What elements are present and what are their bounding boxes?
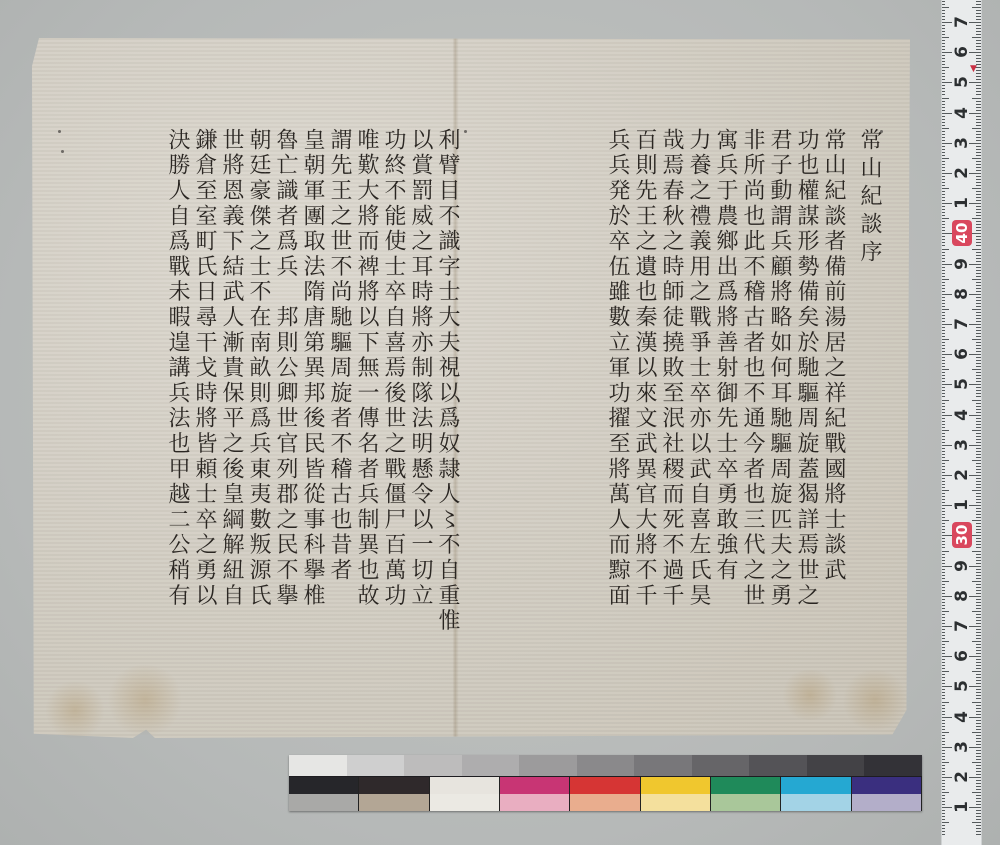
ruler-tick (976, 387, 981, 388)
ruler-tick (942, 400, 949, 401)
ruler-tick (942, 614, 945, 615)
ruler-tick (942, 753, 945, 754)
ruler-tick (976, 245, 981, 246)
ruler-tick (976, 315, 981, 316)
ruler-tick (942, 215, 945, 216)
ruler-tick (942, 372, 945, 373)
ruler-tick (942, 179, 945, 180)
ruler-tick (942, 807, 952, 808)
ruler-label: 3 (952, 130, 972, 156)
ruler-tick (976, 593, 981, 594)
ruler-tick (942, 31, 945, 32)
ruler-tick (942, 200, 945, 201)
ruler-label: 7 (952, 311, 972, 337)
ruler-tick (942, 629, 945, 630)
ruler-tick (976, 396, 981, 397)
ruler-tick (976, 617, 981, 618)
text-column: 百則先王之遺也秦漢以來文武異官大將不千 (628, 128, 655, 609)
ruler-tick (942, 116, 945, 117)
ruler-tick (976, 131, 981, 132)
ruler-tick (942, 689, 945, 690)
ruler-tick (942, 342, 945, 343)
ruler-tick (976, 107, 981, 108)
gray-patch (807, 755, 865, 776)
ruler-tick (942, 418, 945, 419)
ruler-tick (942, 318, 945, 319)
ruler-tick (976, 511, 981, 512)
ruler-tick (942, 176, 945, 177)
ruler-tick (976, 741, 981, 742)
ruler-tick (976, 635, 981, 636)
ruler-tick (942, 771, 945, 772)
ruler-tick (942, 596, 952, 597)
ruler-tick (976, 572, 981, 573)
ruler-tick (942, 128, 949, 129)
ruler-tick (942, 390, 945, 391)
ruler-tick (942, 245, 945, 246)
ruler-tick (942, 563, 945, 564)
ruler-label: 5 (952, 371, 972, 397)
ruler-tick (976, 653, 981, 654)
ruler-tick (972, 128, 981, 129)
ruler-tick (942, 70, 945, 71)
ruler-tick (942, 608, 945, 609)
ruler-tick (942, 723, 945, 724)
ruler-tick (976, 834, 981, 835)
ruler-tick (976, 276, 981, 277)
ruler-tick (976, 43, 981, 44)
ruler-tick (942, 705, 945, 706)
ruler-tick (942, 224, 945, 225)
text-column: 利臂目不識字士大夫視以爲奴隷人〻不自重惟 (431, 128, 458, 634)
ruler-tick (972, 98, 981, 99)
ruler-tick (976, 357, 981, 358)
ruler-tick (942, 671, 949, 672)
ruler-tick (976, 623, 981, 624)
ruler-tick (976, 85, 981, 86)
ruler-label: 2 (952, 462, 972, 488)
text-column: 魯亡識者爲兵 邦則公卿世官列郡之民不擧 (269, 128, 296, 634)
ruler-tick (972, 249, 981, 250)
ruler-tick (942, 134, 945, 135)
ruler-tick (942, 644, 945, 645)
ruler-tick (942, 58, 945, 59)
ruler-tick (976, 560, 981, 561)
ruler-tick (942, 472, 945, 473)
ruler-tick (976, 478, 981, 479)
ruler-tick (942, 774, 945, 775)
ruler-tick (976, 288, 981, 289)
ruler-tick (942, 487, 945, 488)
ruler-tick (942, 738, 945, 739)
ruler-tick (942, 336, 945, 337)
ruler-tick (976, 813, 981, 814)
ruler-tick (976, 125, 981, 126)
color-patch (570, 794, 640, 811)
ruler-tick (942, 786, 945, 787)
ruler-tick (942, 499, 945, 500)
ruler-tick (976, 351, 981, 352)
ruler-tick (942, 759, 945, 760)
ruler-tick (976, 614, 981, 615)
ruler-tick (976, 705, 981, 706)
ruler-tick (972, 188, 981, 189)
ruler-tick (972, 218, 981, 219)
ruler-tick (976, 605, 981, 606)
ruler-tick (942, 638, 945, 639)
color-patch (852, 794, 922, 811)
ruler-tick (942, 433, 945, 434)
ruler-tick (942, 508, 945, 509)
ruler-tick (942, 668, 945, 669)
ruler-tick (976, 472, 981, 473)
ruler-tick (942, 339, 949, 340)
ruler-tick (976, 795, 981, 796)
ruler-tick (976, 61, 981, 62)
ruler-tick (976, 381, 981, 382)
ruler-marker-icon: ▼ (970, 64, 977, 74)
ruler-tick (976, 466, 981, 467)
ruler-tick (942, 230, 945, 231)
color-patch (781, 794, 851, 811)
ruler-tick (942, 61, 945, 62)
color-patches-top (289, 777, 922, 794)
ruler-tick (942, 726, 945, 727)
ruler-tick (972, 37, 981, 38)
ruler-tick (942, 101, 945, 102)
ruler-tick (942, 810, 945, 811)
ruler-tick (976, 726, 981, 727)
ruler-tick (976, 28, 981, 29)
ruler-tick (976, 10, 981, 11)
ruler-tick (942, 161, 945, 162)
ruler-tick (942, 541, 945, 542)
ruler-tick (942, 34, 945, 35)
ruler-tick (942, 656, 952, 657)
ruler-tick (976, 209, 981, 210)
color-patch (430, 794, 500, 811)
ruler-tick (942, 406, 945, 407)
ruler-tick (976, 541, 981, 542)
measuring-ruler: 76543214098765432130987654321▼ (941, 0, 982, 845)
ruler-tick (976, 255, 981, 256)
ruler-tick (976, 252, 981, 253)
ruler-tick (942, 460, 949, 461)
ruler-tick (942, 590, 945, 591)
ruler-tick (976, 318, 981, 319)
ruler-tick (976, 454, 981, 455)
ruler-tick (942, 665, 945, 666)
ruler-tick (942, 158, 949, 159)
text-column: 唯歎大將而裨將以下無一傳名者兵制異也故 (350, 128, 377, 634)
ruler-tick (976, 418, 981, 419)
ruler-tick (942, 167, 945, 168)
ruler-tick (942, 197, 945, 198)
ruler-tick (942, 632, 945, 633)
ruler-tick (976, 557, 981, 558)
ruler-label: 5 (952, 673, 972, 699)
ruler-tick (972, 611, 981, 612)
ruler-tick (942, 795, 945, 796)
text-column: 以賞罰威之耳時將亦制隊法明懸令以一切立 (404, 128, 431, 634)
ruler-tick (942, 297, 945, 298)
ruler-label: 9 (952, 553, 972, 579)
color-patch (711, 777, 781, 794)
ruler-tick (976, 227, 981, 228)
ruler-tick (942, 599, 945, 600)
ruler-tick (976, 457, 981, 458)
color-patch (289, 777, 359, 794)
ruler-tick (976, 49, 981, 50)
ruler-tick (976, 303, 981, 304)
ruler-tick (942, 538, 945, 539)
gray-patch (749, 755, 807, 776)
ruler-tick (942, 366, 945, 367)
ruler-tick (976, 532, 981, 533)
ruler-tick (976, 1, 981, 2)
color-patch (500, 777, 570, 794)
ruler-label: 30 (952, 522, 972, 548)
ruler-tick (976, 783, 981, 784)
ruler-tick (976, 412, 981, 413)
ruler-tick (976, 765, 981, 766)
ruler-tick (976, 312, 981, 313)
text-column: 兵兵発於卒伍雖數立軍功擢至將萬人而黥面 (601, 128, 628, 609)
ruler-tick (942, 801, 945, 802)
ruler-tick (976, 801, 981, 802)
ruler-tick (942, 768, 945, 769)
ruler-tick (942, 481, 945, 482)
ruler-tick (976, 101, 981, 102)
ruler-tick (942, 43, 945, 44)
ruler-tick (976, 744, 981, 745)
ruler-tick (942, 152, 945, 153)
ruler-tick (972, 369, 981, 370)
ruler-tick (942, 13, 945, 14)
ruler-tick (976, 94, 981, 95)
ruler-tick (942, 149, 945, 150)
ruler-label: 6 (952, 341, 972, 367)
ruler-tick (942, 140, 945, 141)
ruler-tick (942, 94, 945, 95)
ruler-tick (976, 76, 981, 77)
ruler-tick (942, 354, 952, 355)
ruler-tick (976, 342, 981, 343)
ruler-tick (942, 804, 945, 805)
ruler-tick (942, 67, 949, 68)
ruler-tick (942, 662, 945, 663)
ruler-tick (942, 650, 945, 651)
text-column: 非所尚也此不稽古者也不通今者也三代之世 (736, 128, 763, 609)
ruler-tick (942, 381, 945, 382)
ruler-tick (942, 578, 945, 579)
ruler-tick (942, 264, 952, 265)
ruler-tick (942, 7, 949, 8)
ruler-tick (976, 119, 981, 120)
ruler-tick (942, 593, 945, 594)
ruler-tick (976, 738, 981, 739)
ruler-tick (942, 360, 945, 361)
ruler-tick (976, 31, 981, 32)
ruler-tick (976, 393, 981, 394)
right-page: 常山紀談序 常山紀談者備前湯居之祥紀戰國將士談武 功也權謀形勢備矣於馳驅周旋蓋猲… (480, 128, 880, 609)
ruler-tick (942, 288, 945, 289)
ruler-tick (942, 88, 945, 89)
ruler-tick (942, 659, 945, 660)
ruler-tick (942, 584, 945, 585)
ruler-tick (942, 249, 949, 250)
ruler-tick (942, 424, 945, 425)
ruler-tick (976, 134, 981, 135)
color-patch (852, 777, 922, 794)
ruler-tick (976, 523, 981, 524)
ruler-tick (942, 258, 945, 259)
ruler-tick (976, 644, 981, 645)
ruler-tick (972, 822, 981, 823)
ruler-tick (942, 451, 945, 452)
ruler-tick (942, 212, 945, 213)
ruler-tick (976, 427, 981, 428)
ruler-tick (976, 221, 981, 222)
ruler-tick (976, 406, 981, 407)
ruler-tick (976, 13, 981, 14)
ruler-tick (976, 563, 981, 564)
ruler-tick (942, 442, 945, 443)
ruler-tick (976, 409, 981, 410)
ruler-tick (942, 551, 949, 552)
ruler-tick (976, 91, 981, 92)
ruler-tick (976, 659, 981, 660)
ruler-tick (972, 762, 981, 763)
ruler-tick (976, 433, 981, 434)
ruler-tick (942, 122, 945, 123)
ruler-tick (942, 529, 945, 530)
ruler-tick (976, 493, 981, 494)
color-patch (641, 794, 711, 811)
ruler-tick (942, 85, 945, 86)
ruler-tick (942, 393, 945, 394)
ruler-tick (976, 285, 981, 286)
text-column: 朝廷豪傑之士不在南畝則爲兵東夷數叛源氏 (242, 128, 269, 634)
ruler-tick (976, 487, 981, 488)
ruler-tick (942, 279, 949, 280)
ruler-tick (942, 107, 945, 108)
ruler-tick (976, 40, 981, 41)
ruler-tick (976, 825, 981, 826)
ruler-tick (942, 816, 945, 817)
ruler-tick (942, 611, 949, 612)
ruler-tick (976, 602, 981, 603)
ruler-tick (942, 653, 945, 654)
ruler-tick (942, 454, 945, 455)
ruler-tick (976, 116, 981, 117)
ruler-tick (942, 572, 945, 573)
ruler-tick (942, 647, 945, 648)
color-patch (641, 777, 711, 794)
ruler-tick (942, 345, 945, 346)
ruler-tick (942, 303, 945, 304)
ruler-tick (942, 457, 945, 458)
ruler-tick (942, 185, 945, 186)
ruler-tick (942, 557, 945, 558)
ruler-tick (942, 560, 945, 561)
ruler-tick (942, 744, 945, 745)
ruler-tick (942, 291, 945, 292)
ruler-label: 1 (952, 190, 972, 216)
gray-patch (404, 755, 462, 776)
ruler-tick (942, 221, 945, 222)
ruler-tick (976, 544, 981, 545)
ruler-tick (976, 816, 981, 817)
ruler-tick (976, 19, 981, 20)
ruler-label: 4 (952, 100, 972, 126)
ruler-tick (942, 155, 945, 156)
ruler-tick (942, 22, 952, 23)
ruler-tick (942, 113, 952, 114)
ruler-tick (976, 442, 981, 443)
ruler-tick (972, 400, 981, 401)
ruler-tick (942, 717, 952, 718)
ruler-tick (942, 732, 949, 733)
ruler-tick (976, 599, 981, 600)
ruler-tick (942, 55, 945, 56)
ruler-tick (976, 665, 981, 666)
color-patch (781, 777, 851, 794)
ruler-tick (942, 831, 945, 832)
ruler-tick (942, 1, 945, 2)
ruler-tick (942, 587, 945, 588)
ruler-tick (942, 547, 945, 548)
ruler-tick (942, 430, 949, 431)
ruler-tick (976, 798, 981, 799)
color-patch (500, 794, 570, 811)
ruler-tick (942, 834, 945, 835)
ruler-tick (942, 330, 945, 331)
ruler-tick (976, 554, 981, 555)
ruler-tick (976, 590, 981, 591)
ruler-tick (976, 212, 981, 213)
ruler-tick (942, 164, 945, 165)
ruler-tick (942, 4, 945, 5)
ruler-tick (942, 436, 945, 437)
ruler-tick (942, 125, 945, 126)
ruler-tick (976, 499, 981, 500)
ruler-tick (976, 650, 981, 651)
ruler-tick (976, 146, 981, 147)
ruler-label: 6 (952, 643, 972, 669)
ruler-tick (976, 267, 981, 268)
ruler-tick (942, 747, 952, 748)
ruler-tick (942, 623, 945, 624)
ruler-tick (976, 720, 981, 721)
left-page: 利臂目不識字士大夫視以爲奴隷人〻不自重惟 以賞罰威之耳時將亦制隊法明懸令以一切立… (58, 128, 458, 634)
ruler-tick (942, 554, 945, 555)
ruler-tick (942, 692, 945, 693)
ruler-tick (976, 723, 981, 724)
ruler-tick (976, 828, 981, 829)
text-column: 常山紀談者備前湯居之祥紀戰國將士談武 (817, 128, 844, 609)
ruler-tick (942, 484, 945, 485)
ruler-tick (976, 587, 981, 588)
color-patches-bottom (289, 794, 922, 811)
ruler-tick (976, 774, 981, 775)
ruler-tick (942, 466, 945, 467)
ruler-tick (976, 378, 981, 379)
ruler-tick (942, 137, 945, 138)
ruler-tick (942, 448, 945, 449)
ruler-tick (976, 321, 981, 322)
ruler-tick (942, 10, 945, 11)
